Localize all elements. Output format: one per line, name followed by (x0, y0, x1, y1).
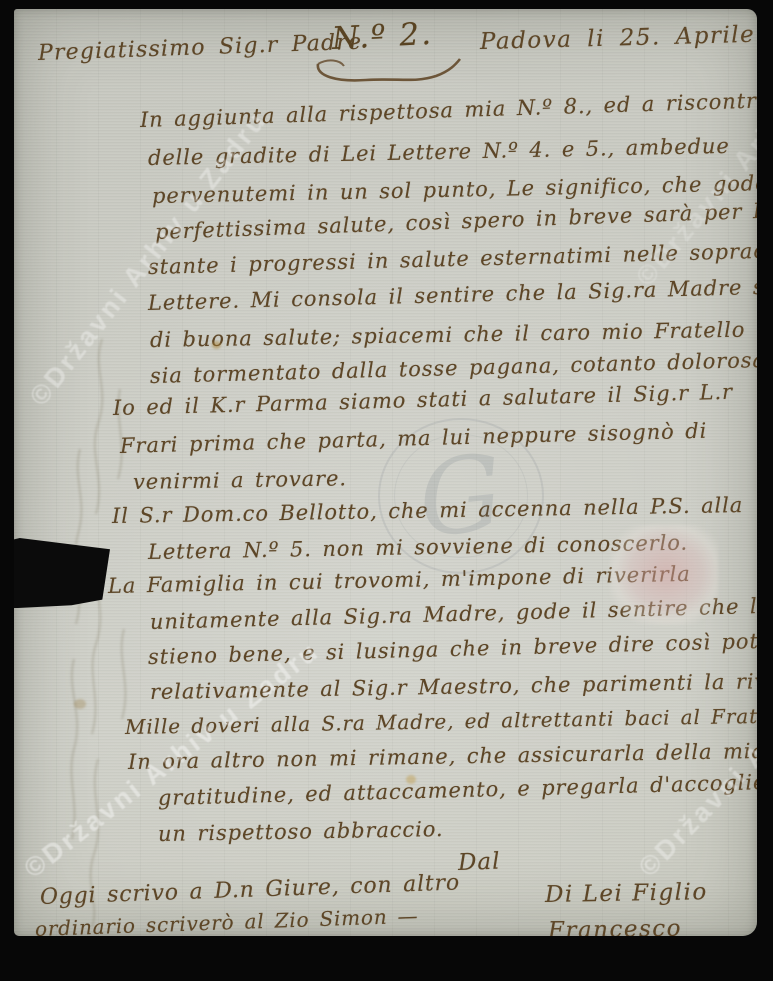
letter-line: Il S.r Dom.co Bellotto, che mi accenna n… (112, 493, 744, 528)
letter-line: In ora altro non mi rimane, che assicura… (128, 739, 757, 774)
letter-number-flourish (314, 56, 464, 84)
foxing-spot (406, 775, 416, 784)
letter-line: Mille doveri alla S.ra Madre, ed altrett… (125, 703, 757, 739)
signature-line-1: Di Lei Figlio (545, 879, 708, 908)
foxing-spot (74, 699, 86, 709)
letter-line: La Famiglia in cui trovomi, m'impone di … (108, 562, 691, 598)
letter-line: Lettere. Mi consola il sentire che la Si… (148, 274, 757, 315)
letter-line: stante i progressi in salute esternatimi… (148, 237, 757, 279)
letter-paper: Pregiatissimo Sig.r Padre N.º 2. Padova … (14, 9, 757, 936)
letter-line: Frari prima che parta, ma lui neppure si… (120, 419, 708, 458)
letter-number: N.º 2. (331, 16, 434, 57)
letter-line: Lettera N.º 5. non mi sovviene di conosc… (148, 531, 688, 564)
foxing-spot (212, 341, 221, 349)
closing-intro: Dal (458, 849, 501, 876)
letter-line: In aggiunta alla rispettosa mia N.º 8., … (140, 88, 757, 132)
place-and-date: Padova li 25. Aprile 1819. (480, 19, 757, 55)
letter-line: di buona salute; spiacemi che il caro mi… (150, 318, 746, 352)
letter-line: relativamente al Sig.r Maestro, che pari… (150, 668, 757, 704)
letter-line: un rispettoso abbraccio. (158, 817, 444, 846)
scanned-letter-page: { "archive_watermark": { "text": "©Držav… (0, 0, 773, 981)
letter-line: gratitudine, ed attaccamento, e pregarla… (158, 769, 757, 810)
wax-stain-patch (610, 525, 718, 625)
letter-line: venirmi a trovare. (133, 466, 347, 494)
black-redaction-patch (14, 538, 110, 608)
letter-line: delle gradite di Lei Lettere N.º 4. e 5.… (148, 134, 730, 170)
signature-line-2: Francesco (548, 916, 682, 936)
letter-line: stieno bene, e si lusinga che in breve d… (148, 628, 757, 669)
